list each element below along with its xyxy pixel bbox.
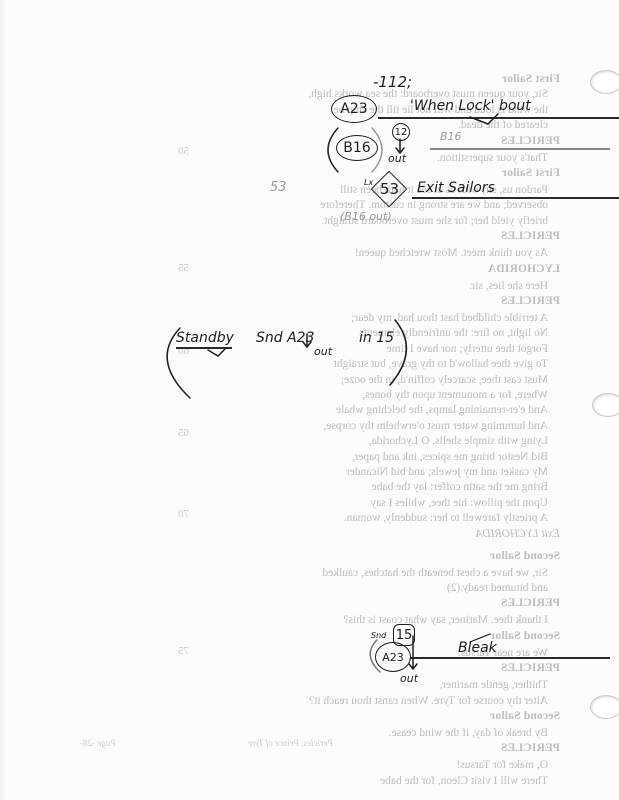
pen-strokes [0, 0, 619, 800]
